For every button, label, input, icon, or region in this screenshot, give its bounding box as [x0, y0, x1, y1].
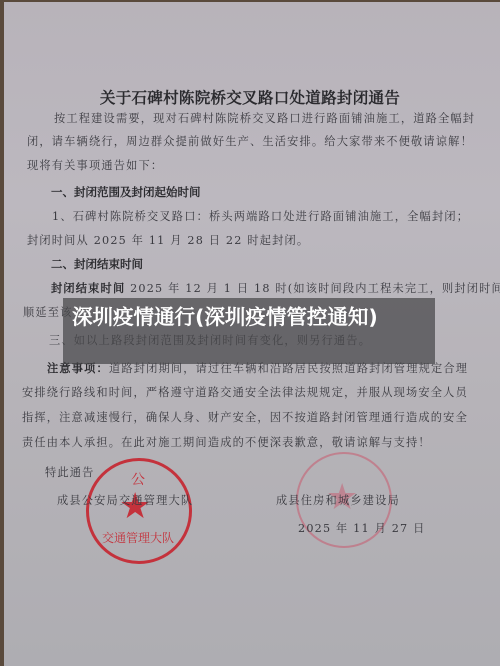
end-time-label: 封闭结束时间	[51, 282, 125, 295]
intro-line-2: 闭，请车辆绕行，周边群众提前做好生产、生活安排。给大家带来不便敬请谅解！	[27, 133, 473, 149]
seal-bottom-text: 交通管理大队	[102, 529, 174, 546]
notice-title: 关于石碑村陈院桥交叉路口处道路封闭通告	[0, 86, 500, 108]
section2-heading: 二、封闭结束时间	[51, 256, 143, 272]
intro-line-3: 现将有关事项通告如下：	[27, 157, 163, 173]
section1-heading: 一、封闭范围及封闭起始时间	[51, 184, 201, 200]
notice-date: 2025 年 11 月 27 日	[298, 520, 426, 536]
section1-line-1: 1、石碑村陈院桥交叉路口：桥头两端路口处进行路面铺油施工，全幅封闭；	[52, 208, 469, 224]
section2-line-1: 封闭结束时间 2025 年 12 月 1 日 18 时(如该时间段内工程未完工，…	[51, 280, 500, 296]
section1-line-2: 封闭时间从 2025 年 11 月 28 日 22 时起封闭。	[27, 232, 309, 248]
signatory-right: 成县住房和城乡建设局	[276, 492, 400, 508]
notes-line-4: 责任由本人承担。在此对施工期间造成的不便深表歉意，敬请谅解与支持！	[22, 434, 431, 450]
closing-text: 特此通告	[45, 464, 95, 480]
notes-line-3: 指挥，注意减速慢行，确保人身、财产安全，因不按道路封闭管理通行造成的安全	[22, 409, 468, 425]
caption-text: 深圳疫情通行(深圳疫情管控通知)	[72, 302, 432, 332]
official-seal-left: 公 ★ 交通管理大队	[86, 458, 192, 564]
intro-line-1: 按工程建设需要，现对石碑村陈院桥交叉路口进行路面铺油施工，道路全幅封	[54, 110, 475, 126]
end-time-value: 2025 年 12 月 1 日 18 时(如该时间段内工程未完工，则封闭时间	[125, 282, 500, 295]
notes-line-2: 安排绕行路线和时间，严格遵守道路交通安全法律法规规定，并服从现场安全人员	[22, 384, 468, 400]
signatory-left: 成县公安局交通管理大队	[57, 492, 193, 508]
